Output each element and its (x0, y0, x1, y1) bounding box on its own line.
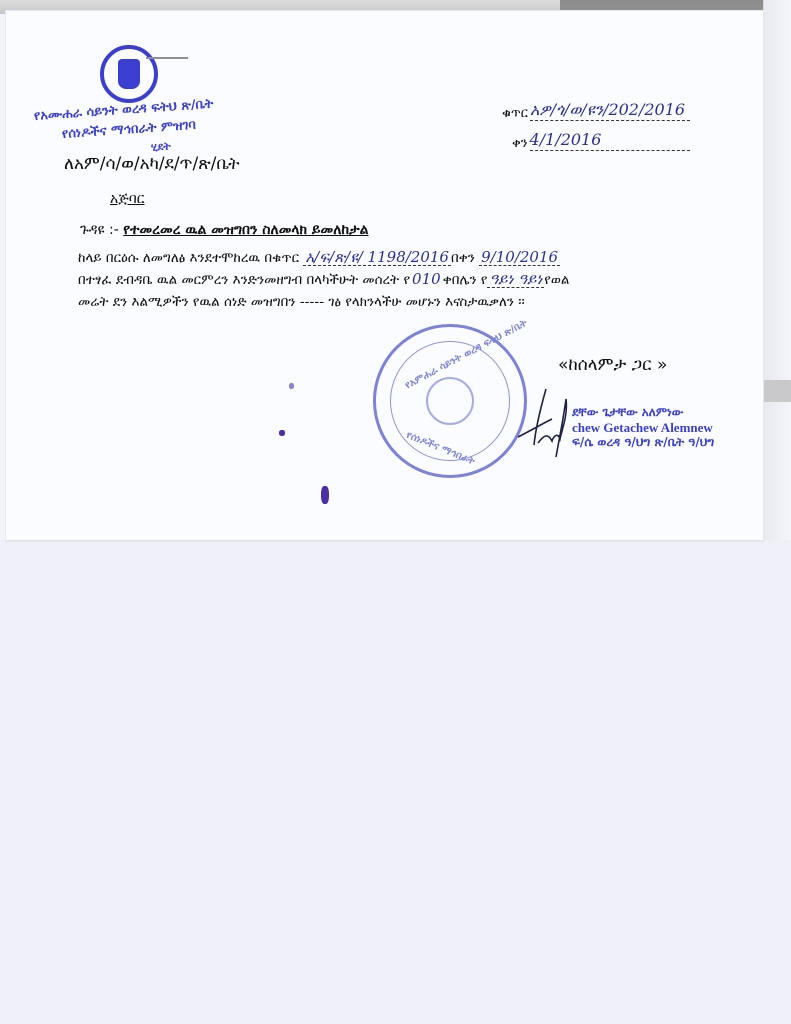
body-line-2: በተፃፈ ደብዳቤ ዉል መርምረን እንድንመዘግብ በላካችሁት መሰረት … (78, 269, 570, 291)
place-name: አጅባር (110, 191, 144, 207)
official-round-stamp: የአምሐራ ሳይንት ወረዳ ፍትህ ጽ/ቤት የሰነዶችና ማኅበራት (373, 324, 527, 478)
subject-label: ጉዳዩ :- (80, 222, 119, 238)
handwritten-signature-icon (516, 385, 576, 465)
reference-date-label: ቀን (512, 136, 528, 151)
reference-number-row: ቁጥር አዎ/ጎ/ወ/ዩን/202/2016 (502, 91, 690, 121)
handwritten-name: ዓይነ ዓይነ (487, 271, 544, 288)
body-line-1: ከላይ በርዕሱ ለመግለፅ እንደተሞከረዉ በቁጥር አ/ፍ/ጽ/ዩ/ 11… (78, 247, 570, 269)
letter-body: ከላይ በርዕሱ ለመግለፅ እንደተሞከረዉ በቁጥር አ/ፍ/ጽ/ዩ/ 11… (78, 247, 570, 313)
staple-mark (146, 57, 188, 59)
handwritten-kebele: 010 (410, 271, 443, 287)
ink-spot (321, 486, 329, 504)
handwritten-date: 9/10/2016 (479, 249, 560, 266)
subject-title: የተመረመረ ዉል መዝግበን ስለመላክ ይመለከታል (123, 222, 368, 238)
official-emblem-seal-icon (100, 45, 158, 103)
reference-number-label: ቁጥር (502, 106, 528, 121)
national-emblem-icon (426, 377, 474, 425)
issuer-stamp-line-2: የሰነዶችና ማኅበራት ምዝገባ (61, 118, 196, 142)
closing-salutation: «ከሰላምታ ጋር » (558, 355, 667, 375)
reference-date-value: 4/1/2016 (530, 131, 690, 151)
underlying-page (0, 540, 791, 1024)
signatory-name-amharic: ደቸው ጌታቸው አለምነው (572, 405, 714, 420)
reference-number-value: አዎ/ጎ/ወ/ዩን/202/2016 (530, 101, 690, 121)
ink-spot (279, 430, 285, 436)
handwritten-reference: አ/ፍ/ጽ/ዩ/ 1198/2016 (303, 249, 451, 266)
ink-spot (289, 383, 294, 389)
addressee: ለአም/ሳ/ወ/አካ/ደ/ጥ/ጽ/ቤት (64, 154, 240, 174)
signatory-title: ፍ/ሴ ወረዳ ዓ/ህግ ጽ/ቤት ዓ/ህግ (572, 435, 714, 450)
body-line-3: መሬት ደን እልሚዎችን የዉል ሰነድ መዝግበን ----- ገፅ የላክ… (78, 291, 570, 313)
issuer-stamp-line-3: ሂደት (151, 140, 172, 155)
subject-line: ጉዳዩ :- የተመረመረ ዉል መዝግበን ስለመላክ ይመለከታል (80, 222, 369, 238)
reference-date-row: ቀን 4/1/2016 (512, 121, 690, 151)
signatory-name-english: chew Getachew Alemnew (572, 420, 714, 435)
letter-page: የአሙሐራ ሳይንት ወረዳ ፍትህ ጽ/ቤት የሰነዶችና ማኅበራት ምዝገ… (6, 11, 763, 541)
reference-block: ቁጥር አዎ/ጎ/ወ/ዩን/202/2016 ቀን 4/1/2016 (502, 91, 690, 151)
signatory-block: ደቸው ጌታቸው አለምነው chew Getachew Alemnew ፍ/ሴ… (572, 405, 714, 450)
